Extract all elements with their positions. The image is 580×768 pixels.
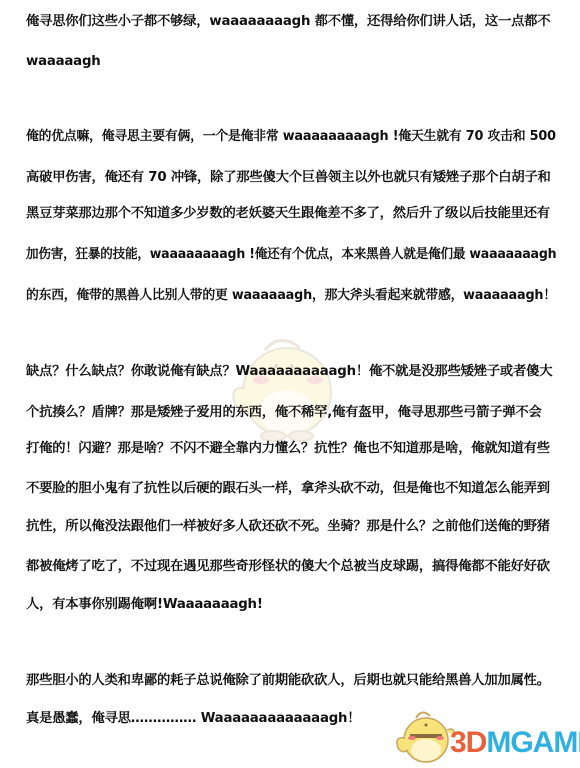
paragraph-1-line-2: waaaaagh [26,53,101,71]
paragraph-2-line-4: 加伤害，狂暴的技能，waaaaaaaagh !俺还有个优点，本来黑兽人就是俺们最… [26,246,556,264]
paragraph-3-line-3: 打俺的！闪避？那是啥？不闪不避全靠内力懂么？抗性？俺也不知道那是啥，俺就知道有些 [26,440,550,458]
paragraph-1-line-1: 俺寻思你们这些小子都不够绿，waaaaaaaagh 都不懂，还得给你们讲人话，这… [26,13,550,31]
paragraph-3-line-1: 缺点？什么缺点？你敢说俺有缺点？Waaaaaaaaaagh！俺不就是没那些矮矬子… [26,363,552,381]
paragraph-2-line-2: 高破甲伤害，俺还有 70 冲锋，除了那些傻大个巨兽领主以外也就只有矮矬子那个白胡… [26,169,551,187]
logo-wordmark: 3DMGAME [450,726,580,760]
chick-mascot-logo-icon [392,708,458,766]
paragraph-3-line-2: 个抗揍么？盾牌？那是矮矬子爱用的东西，俺不稀罕,俺有盔甲，俺寻思那些弓箭子弹不会 [26,404,542,422]
chick-mascot-watermark-icon [225,330,345,445]
logo-3d: 3D [450,726,486,759]
paragraph-2-line-3: 黑豆芽菜那边那个不知道多少岁数的老妖婆天生跟俺差不多了，然后升了级以后技能里还有 [26,205,550,223]
paragraph-3-line-7: 人，有本事你别踢俺啊!Waaaaaaagh! [26,596,263,614]
paragraph-3-line-4: 不要脸的胆小鬼有了抗性以后硬的跟石头一样，拿斧头砍不动，但是俺也不知道怎么能弄到 [26,480,550,498]
paragraph-3-line-6: 都被俺烤了吃了，不过现在遇见那些奇形怪状的傻大个总被当皮球踢，搞得俺都不能好好砍 [26,558,550,576]
paragraph-2-line-5: 的东西，俺带的黑兽人比别人带的更 waaaaaagh，那大斧头看起来就带感，wa… [26,287,556,305]
paragraph-3-line-5: 抗性，所以俺没法跟他们一样被好多人砍还砍不死。坐骑？那是什么？之前他们送俺的野猪 [26,518,550,536]
paragraph-2-line-1: 俺的优点嘛，俺寻思主要有俩，一个是俺非常 waaaaaaaaagh !俺天生就有… [26,128,556,146]
paragraph-4-line-1: 那些胆小的人类和卑鄙的耗子总说俺除了前期能砍砍人，后期也就只能给黑兽人加加属性。 [26,672,550,690]
paragraph-4-line-2: 真是愚蠢，俺寻思…………… Waaaaaaaaaaaaagh！ [26,710,360,728]
site-watermark-logo: 3DMGAME [392,706,580,768]
logo-mgame: MGAME [486,726,580,759]
